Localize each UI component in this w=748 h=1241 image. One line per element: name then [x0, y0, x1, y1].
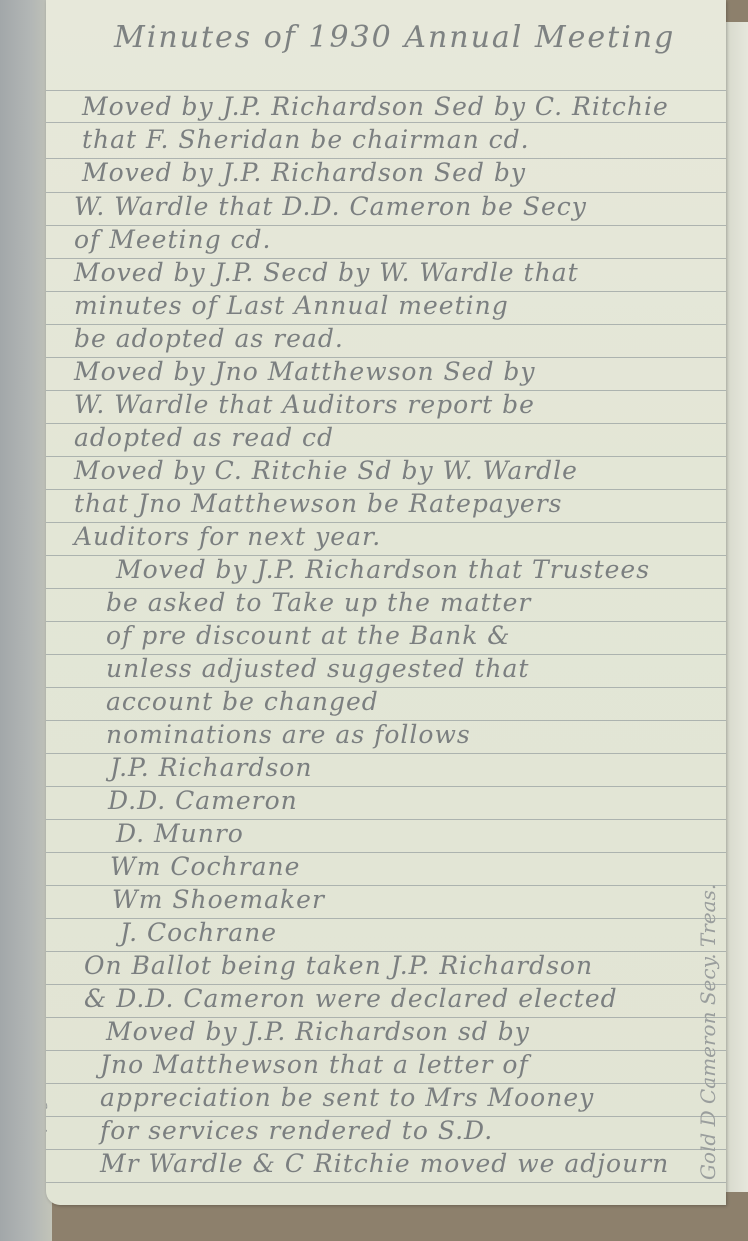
minutes-line: Moved by J.P. Secd by W. Wardle that	[74, 258, 579, 287]
minutes-line: Moved by C. Ritchie Sd by W. Wardle	[74, 456, 578, 485]
minutes-line: Moved by Jno Matthewson Sed by	[74, 357, 536, 386]
nominee-name: Wm Shoemaker	[112, 885, 325, 914]
binding-shadow	[0, 0, 52, 1241]
minutes-line: appreciation be sent to Mrs Mooney	[100, 1083, 594, 1112]
minutes-line: of Meeting cd.	[74, 225, 271, 254]
rule-line	[46, 1182, 726, 1183]
minutes-line: that Jno Matthewson be Ratepayers	[74, 489, 562, 518]
right-margin-note: Gold D Cameron Secy. Treas.	[696, 884, 720, 1180]
minutes-line: Jno Matthewson that a letter of	[100, 1050, 529, 1079]
minutes-line: for services rendered to S.D.	[100, 1116, 493, 1145]
nominee-name: D.D. Cameron	[108, 786, 298, 815]
minutes-line: Moved by J.P. Richardson sd by	[106, 1017, 530, 1046]
notebook-page: Minutes of 1930 Annual Meeting Moved by …	[46, 0, 726, 1205]
minutes-line: On Ballot being taken J.P. Richardson	[84, 951, 593, 980]
adjacent-page-edge	[723, 22, 748, 1192]
minutes-line: unless adjusted suggested that	[106, 654, 529, 683]
minutes-line: nominations are as follows	[106, 720, 471, 749]
minutes-line: that F. Sheridan be chairman cd.	[82, 125, 530, 154]
nominee-name: Wm Cochrane	[110, 852, 300, 881]
minutes-line: Moved by J.P. Richardson that Trustees	[116, 555, 650, 584]
left-margin-note: Ratepayers Chairman	[46, 959, 48, 1180]
minutes-line: be asked to Take up the matter	[106, 588, 531, 617]
page-title: Minutes of 1930 Annual Meeting	[114, 20, 675, 55]
minutes-line: account be changed	[106, 687, 379, 716]
minutes-line: Mr Wardle & C Ritchie moved we adjourn	[100, 1149, 669, 1178]
nominee-name: J. Cochrane	[120, 918, 277, 947]
minutes-line: W. Wardle that D.D. Cameron be Secy	[74, 192, 587, 221]
minutes-line: minutes of Last Annual meeting	[74, 291, 509, 320]
rule-line	[46, 122, 726, 123]
minutes-line: W. Wardle that Auditors report be	[74, 390, 535, 419]
minutes-line: adopted as read cd	[74, 423, 334, 452]
nominee-name: D. Munro	[116, 819, 244, 848]
minutes-line: be adopted as read.	[74, 324, 344, 353]
rule-line	[46, 90, 726, 91]
minutes-line: Auditors for next year.	[74, 522, 381, 551]
minutes-line: of pre discount at the Bank &	[106, 621, 511, 650]
minutes-line: Moved by J.P. Richardson Sed by	[82, 158, 526, 187]
minutes-line: & D.D. Cameron were declared elected	[84, 984, 618, 1013]
minutes-line: Moved by J.P. Richardson Sed by C. Ritch…	[82, 92, 669, 121]
nominee-name: J.P. Richardson	[110, 753, 312, 782]
